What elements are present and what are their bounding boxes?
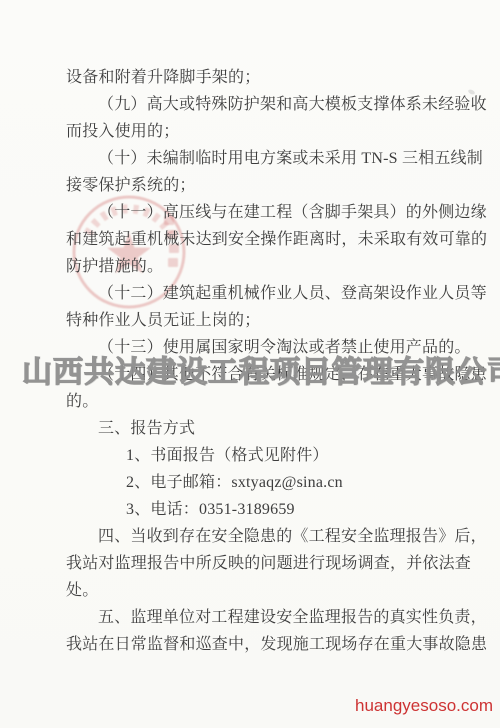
document-line: （十二）建筑起重机械作业人员、登高架设作业人员等 — [66, 280, 470, 307]
scanned-document-page: 设备和附着升降脚手架的；（九）高大或特殊防护架和高大模板支撑体系未经验收而投入使… — [0, 0, 500, 728]
document-line: 四、当收到存在安全隐患的《工程安全监理报告》后， — [66, 523, 470, 550]
document-line: 三、报告方式 — [66, 415, 470, 442]
document-line: 1、书面报告（格式见附件） — [66, 442, 470, 469]
document-line: （十一）高压线与在建工程（含脚手架具）的外侧边缘 — [66, 199, 470, 226]
document-line: 我站在日常监督和巡查中，发现施工现场存在重大事故隐患 — [66, 631, 470, 658]
document-line: 五、监理单位对工程建设安全监理报告的真实性负责， — [66, 604, 470, 631]
document-line: 和建筑起重机械未达到安全操作距离时，未采取有效可靠的 — [66, 226, 470, 253]
document-line: 设备和附着升降脚手架的； — [66, 64, 470, 91]
document-line: 特种作业人员无证上岗的； — [66, 307, 470, 334]
document-line: 3、电话：0351-3189659 — [66, 496, 470, 523]
document-line: 而投入使用的； — [66, 118, 470, 145]
company-watermark-text: 山西共达建设工程项目管理有限公司 — [22, 347, 492, 391]
document-line: 接零保护系统的； — [66, 172, 470, 199]
document-line: 处。 — [66, 577, 470, 604]
site-url-watermark: huangyesoso.com — [355, 696, 493, 716]
document-line: 2、电子邮箱：sxtyaqz@sina.cn — [66, 469, 470, 496]
document-line: （九）高大或特殊防护架和高大模板支撑体系未经验收 — [66, 91, 470, 118]
document-line: 的。 — [66, 388, 470, 415]
document-line: 防护措施的。 — [66, 253, 470, 280]
document-line: 我站对监理报告中所反映的问题进行现场调查，并依法查 — [66, 550, 470, 577]
document-line: （十）未编制临时用电方案或未采用 TN-S 三相五线制 — [66, 145, 470, 172]
